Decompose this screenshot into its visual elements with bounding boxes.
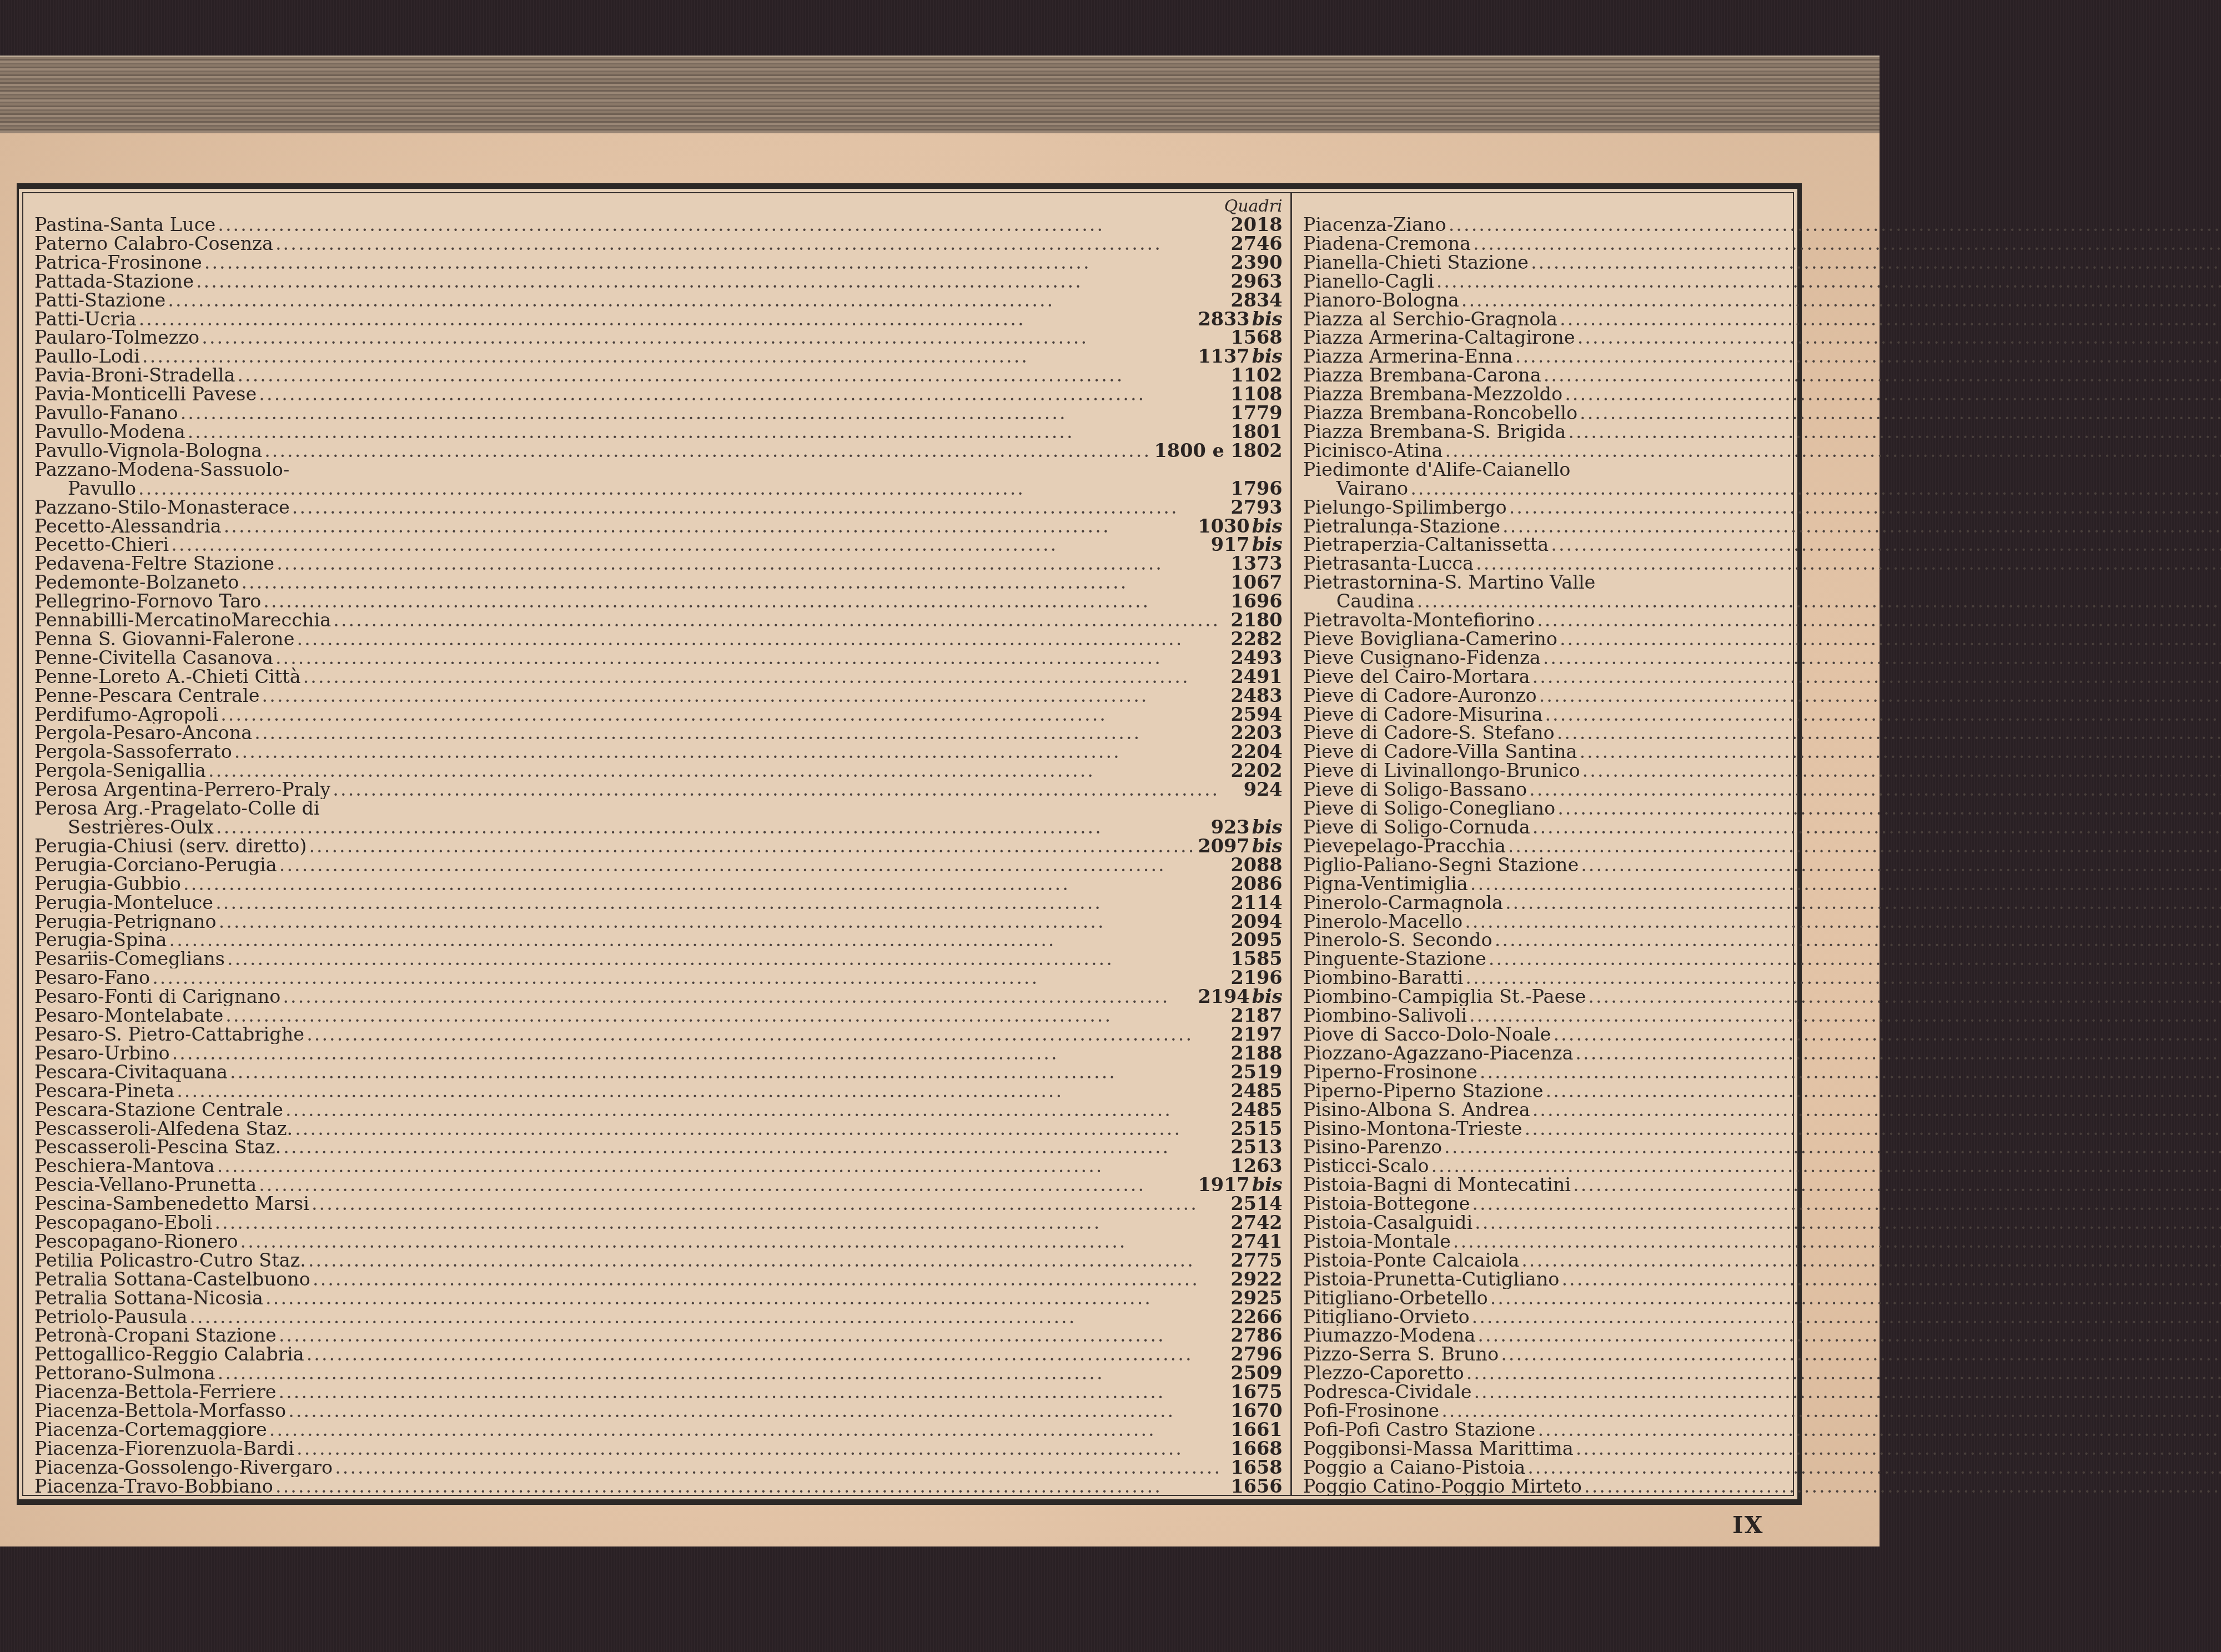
dot-leader [283, 1138, 1228, 1157]
index-entry: Pinerolo-Carmagnola997 [1303, 893, 2221, 912]
quadro-number: 2746 [1230, 234, 1282, 253]
dot-leader [264, 441, 1152, 460]
dot-leader [308, 1251, 1228, 1270]
entry-name: Pavia-Broni-Stradella [34, 366, 235, 385]
index-entry: Piglio-Paliano-Segni Stazione2418 [1303, 856, 2221, 875]
dot-leader [1515, 347, 2221, 366]
index-entry: Pielungo-Spilimbergo1556 [1303, 498, 2221, 517]
index-entry: Pesaro-Fonti di Carignano2194bis [34, 987, 1283, 1006]
dot-leader [1543, 649, 2221, 667]
entry-name: Pianello-Cagli [1303, 272, 1434, 291]
dot-leader [1544, 366, 2221, 385]
dot-leader [1557, 724, 2221, 742]
dot-leader [275, 234, 1228, 253]
quadro-number: 2514 [1230, 1194, 1282, 1213]
index-entry: Penna S. Giovanni-Falerone2282 [34, 630, 1283, 649]
quadro-number: 1656 [1230, 1477, 1282, 1496]
entry-name: Poggio a Caiano-Pistoia [1303, 1458, 1526, 1477]
index-entry: Pescara-Pineta2485 [34, 1082, 1283, 1101]
index-entry: Pavia-Monticelli Pavese1108 [34, 385, 1283, 404]
quadro-number: 2097 [1198, 837, 1249, 856]
index-entry: Pistoia-Montale1928bis [1303, 1232, 2221, 1251]
quadro-number: 2094 [1230, 912, 1282, 931]
index-entry: Picinisco-Atina2586 [1303, 441, 2221, 460]
entry-name: Pesaro-Fano [34, 968, 150, 987]
index-entry: Petriolo-Pausula2266 [34, 1308, 1283, 1327]
index-entry: Patti-Stazione2834 [34, 291, 1283, 310]
entry-name: Pedavena-Feltre Stazione [34, 554, 274, 573]
index-entry: Paterno Calabro-Cosenza2746 [34, 234, 1283, 253]
dot-leader [189, 1308, 1228, 1327]
entry-name: Pianoro-Bologna [1303, 291, 1459, 310]
index-entry: Pieve di Soligo-Bassano1572 [1303, 780, 2221, 799]
dot-leader [1472, 1308, 2221, 1327]
dot-leader [220, 705, 1228, 724]
entry-name: Pofi-Frosinone [1303, 1402, 1440, 1420]
dot-leader [169, 931, 1229, 950]
entry-name: Pettorano-Sulmona [34, 1364, 215, 1383]
index-entry: Piedimonte d'Alife-Caianello [1303, 460, 2221, 479]
index-entry: Piozzano-Agazzano-Piacenza1649 [1303, 1044, 2221, 1063]
quadro-suffix: bis [1252, 837, 1283, 856]
index-entry: Piacenza-Fiorenzuola-Bardi1668 [34, 1439, 1283, 1458]
index-entry: Pisticci-Scalo2703 [1303, 1157, 2221, 1176]
dot-leader [1444, 1138, 2221, 1157]
quadro-number: 1675 [1230, 1383, 1282, 1402]
entry-name: Pavullo-Vignola-Bologna [34, 441, 262, 460]
index-entry: Pellegrino-Fornovo Taro1696 [34, 592, 1283, 611]
dot-leader [171, 535, 1208, 554]
dot-leader [1529, 780, 2221, 799]
dot-leader [1560, 630, 2221, 649]
index-entry: Pieve di Cadore-Misurina1452bis [1303, 705, 2221, 724]
quadro-number: 2390 [1230, 253, 1282, 272]
index-column-2: QuadriPiacenza-Ziano1660Piadena-Cremona1… [1292, 193, 2221, 1495]
index-entry: Pistoia-Bottegone1926 [1303, 1194, 2221, 1213]
dot-leader [1551, 535, 2221, 554]
quadro-number: 2485 [1230, 1101, 1282, 1119]
index-entry: Pescara-Stazione Centrale2485 [34, 1101, 1283, 1119]
dot-leader [225, 1006, 1228, 1025]
index-entry: Pazzano-Modena-Sassuolo- [34, 460, 1283, 479]
entry-name: Poggio Catino-Poggio Mirteto [1303, 1477, 1582, 1496]
entry-name: Paullo-Lodi [34, 347, 140, 366]
index-entry-continuation: Sestrières-Oulx923bis [34, 818, 1283, 837]
entry-name: Pinerolo-Carmagnola [1303, 893, 1503, 912]
dot-leader [1573, 1176, 2221, 1194]
index-entry: Perugia-Spina2095 [34, 931, 1283, 950]
entry-name: Piacenza-Cortemaggiore [34, 1420, 267, 1439]
index-entry: Pavia-Broni-Stradella1102 [34, 366, 1283, 385]
index-entry: Piombino-Baratti1939 [1303, 968, 2221, 987]
dot-leader [215, 893, 1228, 912]
entry-name: Petralia Sottana-Castelbuono [34, 1270, 310, 1289]
entry-name: Vairano [1303, 479, 1409, 498]
entry-name: Piazza Brembana-Mezzoldo [1303, 385, 1563, 404]
entry-name: Pisino-Parenzo [1303, 1138, 1442, 1157]
entry-name: Penne-Pescara Centrale [34, 686, 260, 705]
quadro-number: 2483 [1230, 686, 1282, 705]
index-table: QuadriPastina-Santa Luce2018Paterno Cala… [22, 192, 1794, 1496]
dot-leader [1474, 1383, 2221, 1402]
index-entry: Perugia-Chiusi (serv. diretto)2097bis [34, 837, 1283, 856]
entry-name: Pofi-Pofi Castro Stazione [1303, 1420, 1536, 1439]
entry-name: Piazza Armerina-Caltagirone [1303, 328, 1575, 347]
index-entry: Perugia-Gubbio2086 [34, 875, 1283, 893]
entry-name: Pigna-Ventimiglia [1303, 875, 1468, 893]
entry-name: Pistoia-Bagni di Montecatini [1303, 1176, 1571, 1194]
index-entry: Pavullo-Modena1801 [34, 423, 1283, 441]
index-entry: Pesariis-Comeglians1585 [34, 950, 1283, 968]
dot-leader [1565, 385, 2221, 404]
dot-leader [297, 630, 1228, 649]
quadro-number: 1102 [1230, 366, 1282, 385]
dot-leader [1478, 1326, 2221, 1345]
index-entry: Piacenza-Bettola-Morfasso1670 [34, 1402, 1283, 1420]
quadro-number: 2925 [1230, 1289, 1282, 1308]
dot-leader [1560, 310, 2221, 329]
quadro-number: 2594 [1230, 705, 1282, 724]
entry-name: Pinerolo-S. Secondo [1303, 931, 1493, 950]
entry-name: Piazza Armerina-Enna [1303, 347, 1513, 366]
index-entry: Pavullo-Vignola-Bologna1800 e 1802 [34, 441, 1283, 460]
quadro-number: 924 [1244, 780, 1283, 799]
dot-leader [283, 987, 1195, 1006]
dot-leader [1475, 1213, 2221, 1232]
index-entry: Pianella-Chieti Stazione2492 [1303, 253, 2221, 272]
index-entry: Piacenza-Gossolengo-Rivergaro1658 [34, 1458, 1283, 1477]
dot-leader [1584, 1477, 2221, 1496]
dot-leader [1490, 1289, 2221, 1308]
entry-name: Piazza al Serchio-Gragnola [1303, 310, 1557, 329]
dot-leader [208, 761, 1228, 780]
dot-leader [227, 950, 1228, 968]
dot-leader [237, 366, 1228, 385]
quadro-number: 923 [1211, 818, 1250, 837]
index-entry: Pergola-Senigallia2202 [34, 761, 1283, 780]
quadro-number: 2485 [1230, 1082, 1282, 1101]
index-entry: Poggio Catino-Poggio Mirteto2161 [1303, 1477, 2221, 1496]
quadro-number: 2491 [1230, 667, 1282, 686]
index-entry: Piombino-Campiglia St.-Paese1941 [1303, 987, 2221, 1006]
quadro-number: 1585 [1230, 950, 1282, 968]
quadro-number: 2203 [1230, 724, 1282, 742]
index-entry: Pastina-Santa Luce2018 [34, 215, 1283, 234]
dot-leader [279, 856, 1229, 875]
entry-name: Perugia-Chiusi (serv. diretto) [34, 837, 306, 856]
entry-name: Pergola-Pesaro-Ancona [34, 724, 252, 742]
quadro-number: 2114 [1230, 893, 1282, 912]
page-number: IX [1732, 1512, 1763, 1539]
entry-name: Piglio-Paliano-Segni Stazione [1303, 856, 1579, 875]
entry-name: Pianella-Chieti Stazione [1303, 253, 1529, 272]
index-column-1: QuadriPastina-Santa Luce2018Paterno Cala… [23, 193, 1292, 1495]
dot-leader [1527, 1458, 2221, 1477]
dot-leader [295, 1119, 1228, 1138]
entry-name: Peschiera-Mantova [34, 1157, 215, 1176]
dot-leader [177, 1082, 1228, 1101]
entry-name: Plezzo-Caporetto [1303, 1364, 1464, 1383]
quadro-number: 2513 [1230, 1138, 1282, 1157]
dot-leader [1410, 479, 2221, 498]
column-header-quadri: Quadri [1303, 198, 2221, 215]
entry-name: Piadena-Cremona [1303, 234, 1471, 253]
entry-name: Poggibonsi-Massa Marittima [1303, 1439, 1574, 1458]
dot-leader [259, 385, 1228, 404]
quadro-number: 2266 [1230, 1308, 1282, 1327]
entry-name: Paularo-Tolmezzo [34, 328, 199, 347]
quadro-number: 2922 [1230, 1270, 1282, 1289]
entry-name: Pescia-Vellano-Prunetta [34, 1176, 257, 1194]
entry-name: Pennabilli-MercatinoMarecchia [34, 611, 331, 630]
dot-leader [1575, 1044, 2221, 1063]
quadro-number: 2493 [1230, 649, 1282, 667]
index-entry: Pavullo-Fanano1779 [34, 404, 1283, 423]
entry-name: Pesaro-Urbino [34, 1044, 170, 1063]
index-entry: Pescina-Sambenedetto Marsi2514 [34, 1194, 1283, 1213]
quadro-number: 2741 [1230, 1232, 1282, 1251]
entry-name: Piombino-Salivoli [1303, 1006, 1467, 1025]
dot-leader [1579, 742, 2221, 761]
quadro-number: 2188 [1230, 1044, 1282, 1063]
index-entry: Pescara-Civitaquana2519 [34, 1063, 1283, 1082]
entry-name: Pieve Bovigliana-Camerino [1303, 630, 1557, 649]
entry-name: Pistoia-Prunetta-Cutigliano [1303, 1270, 1560, 1289]
dot-leader [217, 1157, 1229, 1176]
quadro-number: 1696 [1230, 592, 1282, 611]
dot-leader [1501, 1345, 2221, 1364]
dot-leader [1469, 1006, 2221, 1025]
index-entry: Piazza Armerina-Caltagirone2885 [1303, 328, 2221, 347]
entry-name: Pieve di Soligo-Conegliano [1303, 799, 1556, 818]
index-entry: Petilia Policastro-Cutro Staz.2775 [34, 1251, 1283, 1270]
entry-name: Petriolo-Pausula [34, 1308, 187, 1327]
entry-name: Pazzano-Stilo-Monasterace [34, 498, 290, 517]
entry-name: Perugia-Spina [34, 931, 167, 950]
index-entry-continuation: Caudina2617bis [1303, 592, 2221, 611]
dot-leader [1580, 404, 2221, 423]
index-entry: Paullo-Lodi1137bis [34, 347, 1283, 366]
dot-leader [303, 667, 1229, 686]
index-entry: Pescia-Vellano-Prunetta1917bis [34, 1176, 1283, 1194]
index-entry: Piacenza-Cortemaggiore1661 [34, 1420, 1283, 1439]
dot-leader [297, 1439, 1228, 1458]
index-entry: Piove di Sacco-Dolo-Noale1475 [1303, 1025, 2221, 1044]
quadro-number: 2742 [1230, 1213, 1282, 1232]
quadro-number: 2786 [1230, 1326, 1282, 1345]
index-entry: Pietraperzia-Caltanissetta2883 [1303, 535, 2221, 554]
quadro-number: 1801 [1230, 423, 1282, 441]
entry-name: Pescasseroli-Alfedena Staz. [34, 1119, 293, 1138]
index-entry: Pergola-Pesaro-Ancona2203 [34, 724, 1283, 742]
quadro-number: 2196 [1230, 968, 1282, 987]
index-entry: Penne-Loreto A.-Chieti Città2491 [34, 667, 1283, 686]
dot-leader [1561, 1270, 2221, 1289]
quadro-number: 917 [1211, 535, 1250, 554]
index-entry: Poggibonsi-Massa Marittima2053 [1303, 1439, 2221, 1458]
quadro-number: 1661 [1230, 1420, 1282, 1439]
quadro-number: 2509 [1230, 1364, 1282, 1383]
index-entry: Penne-Civitella Casanova2493 [34, 649, 1283, 667]
dot-leader [1539, 686, 2221, 705]
dot-leader [309, 837, 1195, 856]
entry-name: Pistoia-Casalguidi [1303, 1213, 1473, 1232]
index-entry: Piazza Brembana-Mezzoldo1224 [1303, 385, 2221, 404]
quadro-number: 2775 [1230, 1251, 1282, 1270]
index-entry: Pesaro-Urbino2188 [34, 1044, 1283, 1063]
entry-name: Pescara-Civitaquana [34, 1063, 228, 1082]
entry-name: Patti-Ucria [34, 310, 137, 329]
index-entry: Plezzo-Caporetto1574 [1303, 1364, 2221, 1383]
dot-leader [1545, 705, 2221, 724]
quadro-number: 2187 [1230, 1006, 1282, 1025]
entry-name: Piazza Brembana-S. Brigida [1303, 423, 1566, 441]
quadro-number: 1796 [1230, 479, 1282, 498]
entry-name: Perugia-Monteluce [34, 893, 213, 912]
entry-name: Piombino-Campiglia St.-Paese [1303, 987, 1586, 1006]
dot-leader [1489, 950, 2221, 968]
index-entry: Pistoia-Prunetta-Cutigliano1917 [1303, 1270, 2221, 1289]
dot-leader [219, 912, 1229, 931]
dot-leader [1472, 1194, 2221, 1213]
entry-name: Pietravolta-Montefiorino [1303, 611, 1535, 630]
entry-name: Perugia-Petrignano [34, 912, 217, 931]
index-entry: Piperno-Piperno Stazione2404 [1303, 1082, 2221, 1101]
quadro-suffix: bis [1252, 310, 1283, 329]
dot-leader [1473, 234, 2221, 253]
index-entry: Pettogallico-Reggio Calabria2796 [34, 1345, 1283, 1364]
dot-leader [279, 1383, 1229, 1402]
quadro-number: 1668 [1230, 1439, 1282, 1458]
entry-name: Pescasseroli-Pescina Staz. [34, 1138, 281, 1157]
quadro-number: 2086 [1230, 875, 1282, 893]
index-entry: Pergola-Sassoferrato2204 [34, 742, 1283, 761]
entry-name: Pieve di Livinallongo-Brunico [1303, 761, 1580, 780]
dot-leader [1537, 611, 2221, 630]
dot-leader [1581, 856, 2221, 875]
index-entry: Pieve di Soligo-Cornuda1571 [1303, 818, 2221, 837]
dot-leader [259, 1176, 1195, 1194]
entry-name: Pieve di Soligo-Cornuda [1303, 818, 1530, 837]
dot-leader [1431, 1157, 2221, 1176]
quadro-number: 2018 [1230, 215, 1282, 234]
index-entry: Patrica-Frosinone2390 [34, 253, 1283, 272]
dot-leader [1568, 423, 2221, 441]
entry-name: Pesaro-Montelabate [34, 1006, 223, 1025]
index-entry: Pedavena-Feltre Stazione1373 [34, 554, 1283, 573]
dot-leader [139, 310, 1196, 329]
dot-leader [1508, 837, 2221, 856]
entry-name: Piacenza-Bettola-Morfasso [34, 1402, 286, 1420]
dot-leader [1436, 272, 2221, 291]
dot-leader [254, 724, 1228, 742]
dot-leader [230, 1063, 1228, 1082]
entry-name: Petronà-Cropani Stazione [34, 1326, 277, 1345]
entry-name: Pesaro-S. Pietro-Cattabrighe [34, 1025, 304, 1044]
entry-name: Pastina-Santa Luce [34, 215, 215, 234]
index-entry: Piperno-Frosinone2405 [1303, 1063, 2221, 1082]
index-entry: Pieve di Cadore-S. Stefano1450bis [1303, 724, 2221, 742]
index-entry: Perdifumo-Agropoli2594 [34, 705, 1283, 724]
quadro-number: 2963 [1230, 272, 1282, 291]
entry-name: Pazzano-Modena-Sassuolo- [34, 460, 289, 479]
index-entry-continuation: Pavullo1796 [34, 479, 1283, 498]
quadro-number: 1568 [1230, 328, 1282, 347]
entry-name: Pielungo-Spilimbergo [1303, 498, 1507, 517]
index-entry: Pieve di Cadore-Auronzo1452 [1303, 686, 2221, 705]
index-entry: Pieve Bovigliana-Camerino2268 [1303, 630, 2221, 649]
dot-leader [1466, 1364, 2221, 1383]
index-entry: Pinerolo-S. Secondo996ter [1303, 931, 2221, 950]
dot-leader [1532, 1101, 2221, 1119]
dot-leader [306, 1025, 1228, 1044]
index-entry: Pisino-Montona-Trieste1612 [1303, 1119, 2221, 1138]
dot-leader [279, 1326, 1229, 1345]
dot-leader [1417, 592, 2221, 611]
entry-name: Perugia-Corciano-Perugia [34, 856, 277, 875]
dot-leader [240, 1232, 1229, 1251]
quadro-number: 1030 [1198, 517, 1249, 536]
dot-leader [1546, 1082, 2221, 1101]
quadro-number: 1373 [1230, 554, 1282, 573]
index-entry: Penne-Pescara Centrale2483 [34, 686, 1283, 705]
dot-leader [1495, 931, 2221, 950]
index-entry: Pisino-Albona S. Andrea1623 [1303, 1101, 2221, 1119]
entry-name: Pinguente-Stazione [1303, 950, 1486, 968]
entry-name: Perugia-Gubbio [34, 875, 181, 893]
dot-leader [1465, 912, 2221, 931]
entry-name: Piperno-Piperno Stazione [1303, 1082, 1544, 1101]
index-entry: Perosa Argentina-Perrero-Praly924 [34, 780, 1283, 799]
entry-name: Pellegrino-Fornovo Taro [34, 592, 261, 611]
dot-leader [335, 1458, 1228, 1477]
index-entry: Pecetto-Alessandria1030bis [34, 517, 1283, 536]
index-entry: Pescopagano-Eboli2742 [34, 1213, 1283, 1232]
quadro-suffix: bis [1252, 818, 1283, 837]
entry-name: Pettogallico-Reggio Calabria [34, 1345, 304, 1364]
index-entry: Pievepelago-Pracchia1915 [1303, 837, 2221, 856]
entry-name: Petralia Sottana-Nicosia [34, 1289, 263, 1308]
quadro-number: 1137 [1198, 347, 1249, 366]
entry-name: Penne-Loreto A.-Chieti Città [34, 667, 301, 686]
entry-name: Pesariis-Comeglians [34, 950, 225, 968]
quadro-suffix: bis [1252, 517, 1283, 536]
dot-leader [1453, 1232, 2221, 1251]
index-entry: Pedemonte-Bolzaneto1067 [34, 573, 1283, 592]
entry-name: Piacenza-Gossolengo-Rivergaro [34, 1458, 333, 1477]
entry-name: Pieve di Cadore-Misurina [1303, 705, 1543, 724]
quadro-number: 1658 [1230, 1458, 1282, 1477]
entry-name: Piacenza-Travo-Bobbiano [34, 1477, 273, 1496]
dot-leader [333, 780, 1241, 799]
quadro-number: 2194 [1198, 987, 1249, 1006]
index-entry-continuation: Vairano2582 [1303, 479, 2221, 498]
dot-leader [262, 686, 1229, 705]
entry-name: Pieve del Cairo-Mortara [1303, 667, 1530, 686]
entry-name: Patti-Stazione [34, 291, 165, 310]
entry-name: Piazza Brembana-Roncobello [1303, 404, 1577, 423]
dot-leader [1509, 498, 2221, 517]
entry-name: Pieve di Cadore-Auronzo [1303, 686, 1537, 705]
quadro-number: 2204 [1230, 742, 1282, 761]
entry-name: Perosa Argentina-Perrero-Praly [34, 780, 330, 799]
entry-name: Patrica-Frosinone [34, 253, 202, 272]
entry-name: Pecetto-Chieri [34, 535, 169, 554]
dot-leader [1557, 799, 2221, 818]
entry-name: Pietraperzia-Caltanissetta [1303, 535, 1549, 554]
entry-name: Pieve di Cadore-S. Stefano [1303, 724, 1555, 742]
dot-leader [204, 253, 1229, 272]
